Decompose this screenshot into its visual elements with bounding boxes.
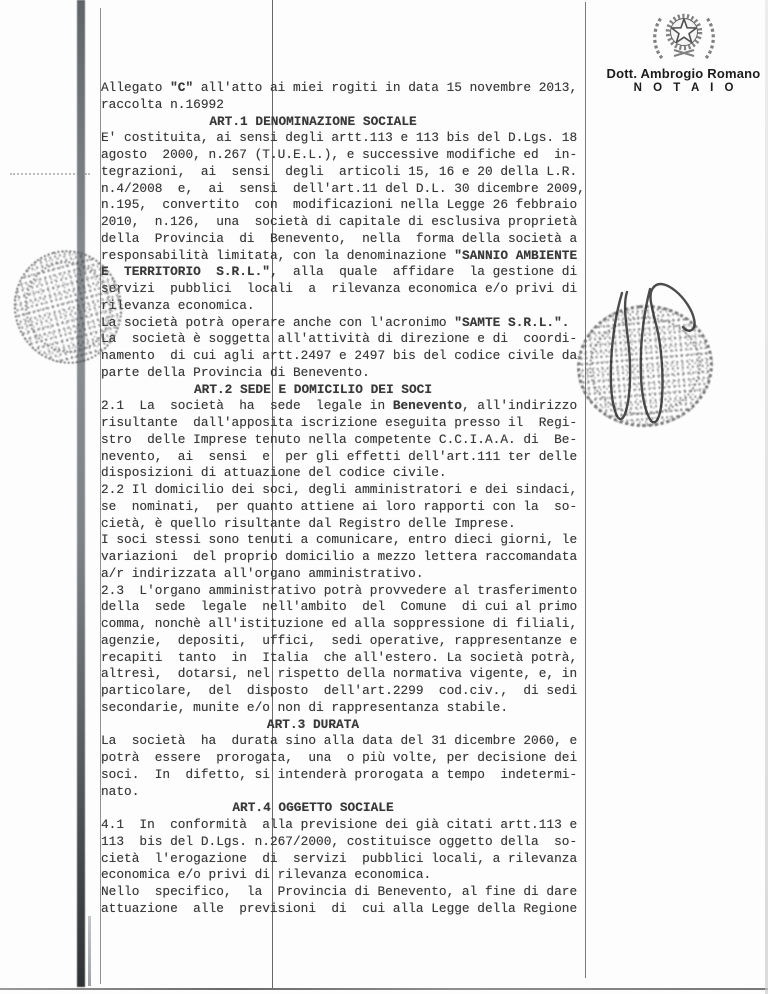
text-segment: 2.3 L'organo amministrativo potrà provve… (101, 583, 577, 598)
text-segment: n.195, convertito con modificazioni nell… (101, 197, 577, 212)
document-line: raccolta n.16992 (101, 97, 583, 114)
text-segment: tegrazioni, ai sensi degli articoli 15, … (101, 164, 577, 179)
document-line: rilevanza economica. (101, 298, 583, 315)
text-segment: 4.1 In conformità alla previsione dei gi… (101, 817, 577, 832)
page-bottom-rule (0, 988, 768, 990)
document-line: responsabilità limitata, con la denomina… (101, 248, 583, 265)
document-line: 2.3 L'organo amministrativo potrà provve… (101, 583, 583, 600)
text-segment: agenzie, depositi, uffici, sedi operativ… (101, 633, 577, 648)
notary-name: Dott. Ambrogio Romano (596, 66, 768, 81)
text-segment: raccolta n.16992 (101, 97, 224, 112)
text-segment: Allegato (101, 80, 170, 95)
document-line: 113 bis del D.Lgs. n.267/2000, costituis… (101, 834, 583, 851)
document-line: soci. In difetto, si intenderà prorogata… (101, 767, 583, 784)
document-line: risultante dall'apposita iscrizione eseg… (101, 415, 583, 432)
document-text: Allegato "C" all'atto ai miei rogiti in … (101, 80, 583, 918)
document-line: La società potrà operare anche con l'acr… (101, 315, 583, 332)
document-line: potrà essere prorogata, una o più volte,… (101, 750, 583, 767)
text-segment: rilevanza economica. (101, 298, 255, 313)
document-line: secondarie, munite e/o non di rappresent… (101, 700, 583, 717)
text-segment: 113 bis del D.Lgs. n.267/2000, costituis… (101, 834, 577, 849)
text-segment: all'atto ai miei rogiti in data 15 novem… (193, 80, 577, 95)
document-line: E' costituita, ai sensi degli artt.113 e… (101, 130, 583, 147)
document-line: 2.2 Il domicilio dei soci, degli amminis… (101, 482, 583, 499)
text-segment: comma, nonchè all'istituzione ed alla so… (101, 616, 577, 631)
text-segment: E TERRITORIO S.R.L.", (101, 264, 278, 279)
text-segment: 2.1 La società ha sede legale in (101, 398, 393, 413)
document-line: tegrazioni, ai sensi degli articoli 15, … (101, 164, 583, 181)
text-segment: recapiti tanto in Italia che all'estero.… (101, 650, 577, 665)
text-segment: cietà, è quello risultante dal Registro … (101, 516, 516, 531)
text-segment: Nello specifico, la Provincia di Beneven… (101, 884, 577, 899)
document-line: n.4/2008 e, ai sensi dell'art.11 del D.L… (101, 181, 583, 198)
document-line: economica e/o privi di rilevanza economi… (101, 867, 583, 884)
text-segment: 2010, n.126, una società di capitale di … (101, 214, 577, 229)
text-segment: secondarie, munite e/o non di rappresent… (101, 700, 508, 715)
text-segment: ART.2 SEDE E DOMICILIO DEI SOCI (194, 382, 432, 397)
article-heading: ART.3 DURATA (101, 717, 583, 734)
document-line: namento di cui agli artt.2497 e 2497 bis… (101, 348, 583, 365)
document-line: particolare, del disposto dell'art.2299 … (101, 683, 583, 700)
text-segment: potrà essere prorogata, una o più volte,… (101, 750, 577, 765)
text-segment: Benevento (393, 398, 462, 413)
text-segment: E' costituita, ai sensi degli artt.113 e… (101, 130, 577, 145)
document-line: recapiti tanto in Italia che all'estero.… (101, 650, 583, 667)
text-segment: "SANNIO AMBIENTE (454, 248, 577, 263)
text-segment: se nominati, per quanto attiene ai loro … (101, 499, 577, 514)
text-segment: attuazione alle previsioni di cui alla L… (101, 901, 577, 916)
text-segment: , all'indirizzo (462, 398, 577, 413)
document-line: La società ha durata sino alla data del … (101, 733, 583, 750)
text-segment: ART.4 OGGETTO SOCIALE (232, 800, 393, 815)
text-segment: alla quale affidare la gestione di (278, 264, 578, 279)
document-line: della Provincia di Benevento, nella form… (101, 231, 583, 248)
document-line: nato. (101, 784, 583, 801)
document-line: La società è soggetta all'attività di di… (101, 331, 583, 348)
document-line: della sede legale nell'ambito del Comune… (101, 599, 583, 616)
oval-ink-stamp-right (572, 299, 718, 432)
document-line: Nello specifico, la Provincia di Beneven… (101, 884, 583, 901)
document-line: servizi pubblici locali a rilevanza econ… (101, 281, 583, 298)
text-segment: nevento, ai sensi e per gli effetti dell… (101, 449, 577, 464)
text-segment: La società potrà operare anche con l'acr… (101, 315, 454, 330)
document-line: se nominati, per quanto attiene ai loro … (101, 499, 583, 516)
text-segment: nato. (101, 784, 139, 799)
text-segment: disposizioni di attuazione del codice ci… (101, 465, 447, 480)
article-heading: ART.4 OGGETTO SOCIALE (101, 800, 583, 817)
text-segment: della sede legale nell'ambito del Comune… (101, 599, 577, 614)
text-segment: soci. In difetto, si intenderà prorogata… (101, 767, 577, 782)
text-segment: risultante dall'apposita iscrizione eseg… (101, 415, 577, 430)
text-segment: altresì, dotarsi, nel rispetto della nor… (101, 666, 577, 681)
text-segment: della Provincia di Benevento, nella form… (101, 231, 577, 246)
scan-edge-shadow-secondary (88, 916, 91, 986)
margin-line-right (585, 2, 586, 978)
document-line: 4.1 In conformità alla previsione dei gi… (101, 817, 583, 834)
text-segment: a/r indirizzata all'organo amministrativ… (101, 566, 424, 581)
text-segment: I soci stessi sono tenuti a comunicare, … (101, 532, 577, 547)
text-segment: La società è soggetta all'attività di di… (101, 331, 577, 346)
notary-title: N O T A I O (596, 82, 768, 94)
scan-edge-shadow (77, 0, 85, 987)
text-segment: "C" (170, 80, 193, 95)
text-segment: 2.2 Il domicilio dei soci, degli amminis… (101, 482, 577, 497)
text-segment: responsabilità limitata, con la denomina… (101, 248, 454, 263)
text-segment: variazioni del proprio domicilio a mezzo… (101, 549, 577, 564)
text-segment: servizi pubblici locali a rilevanza econ… (101, 281, 577, 296)
document-line: parte della Provincia di Benevento. (101, 365, 583, 382)
document-line: E TERRITORIO S.R.L.", alla quale affidar… (101, 264, 583, 281)
document-line: 2010, n.126, una società di capitale di … (101, 214, 583, 231)
document-line: n.195, convertito con modificazioni nell… (101, 197, 583, 214)
document-line: cietà, è quello risultante dal Registro … (101, 516, 583, 533)
document-line: agenzie, depositi, uffici, sedi operativ… (101, 633, 583, 650)
document-line: comma, nonchè all'istituzione ed alla so… (101, 616, 583, 633)
document-line: altresì, dotarsi, nel rispetto della nor… (101, 666, 583, 683)
text-segment: particolare, del disposto dell'art.2299 … (101, 683, 577, 698)
text-segment: "SAMTE S.R.L.". (454, 315, 569, 330)
scanned-document-page: Dott. Ambrogio Romano N O T A I O Allega… (0, 0, 768, 994)
text-segment: ART.1 DENOMINAZIONE SOCIALE (209, 114, 416, 129)
document-line: stro delle Imprese tenuto nella competen… (101, 432, 583, 449)
text-segment: La società ha durata sino alla data del … (101, 733, 577, 748)
document-line: attuazione alle previsioni di cui alla L… (101, 901, 583, 918)
text-segment: agosto 2000, n.267 (T.U.E.L.), e success… (101, 147, 577, 162)
italian-republic-emblem-icon (648, 6, 720, 64)
text-segment: namento di cui agli artt.2497 e 2497 bis… (101, 348, 577, 363)
document-line: 2.1 La società ha sede legale in Beneven… (101, 398, 583, 415)
document-line: variazioni del proprio domicilio a mezzo… (101, 549, 583, 566)
document-line: nevento, ai sensi e per gli effetti dell… (101, 449, 583, 466)
text-segment: cietà l'erogazione di servizi pubblici l… (101, 851, 577, 866)
document-line: I soci stessi sono tenuti a comunicare, … (101, 532, 583, 549)
document-line: cietà l'erogazione di servizi pubblici l… (101, 851, 583, 868)
text-segment: stro delle Imprese tenuto nella competen… (101, 432, 577, 447)
document-line: agosto 2000, n.267 (T.U.E.L.), e success… (101, 147, 583, 164)
document-line: a/r indirizzata all'organo amministrativ… (101, 566, 583, 583)
document-line: Allegato "C" all'atto ai miei rogiti in … (101, 80, 583, 97)
notary-letterhead: Dott. Ambrogio Romano N O T A I O (596, 6, 768, 94)
text-segment: ART.3 DURATA (267, 717, 359, 732)
text-segment: parte della Provincia di Benevento. (101, 365, 370, 380)
text-segment: economica e/o privi di rilevanza economi… (101, 867, 431, 882)
document-line: disposizioni di attuazione del codice ci… (101, 465, 583, 482)
text-segment: n.4/2008 e, ai sensi dell'art.11 del D.L… (101, 181, 585, 196)
article-heading: ART.2 SEDE E DOMICILIO DEI SOCI (101, 382, 583, 399)
article-heading: ART.1 DENOMINAZIONE SOCIALE (101, 114, 583, 131)
